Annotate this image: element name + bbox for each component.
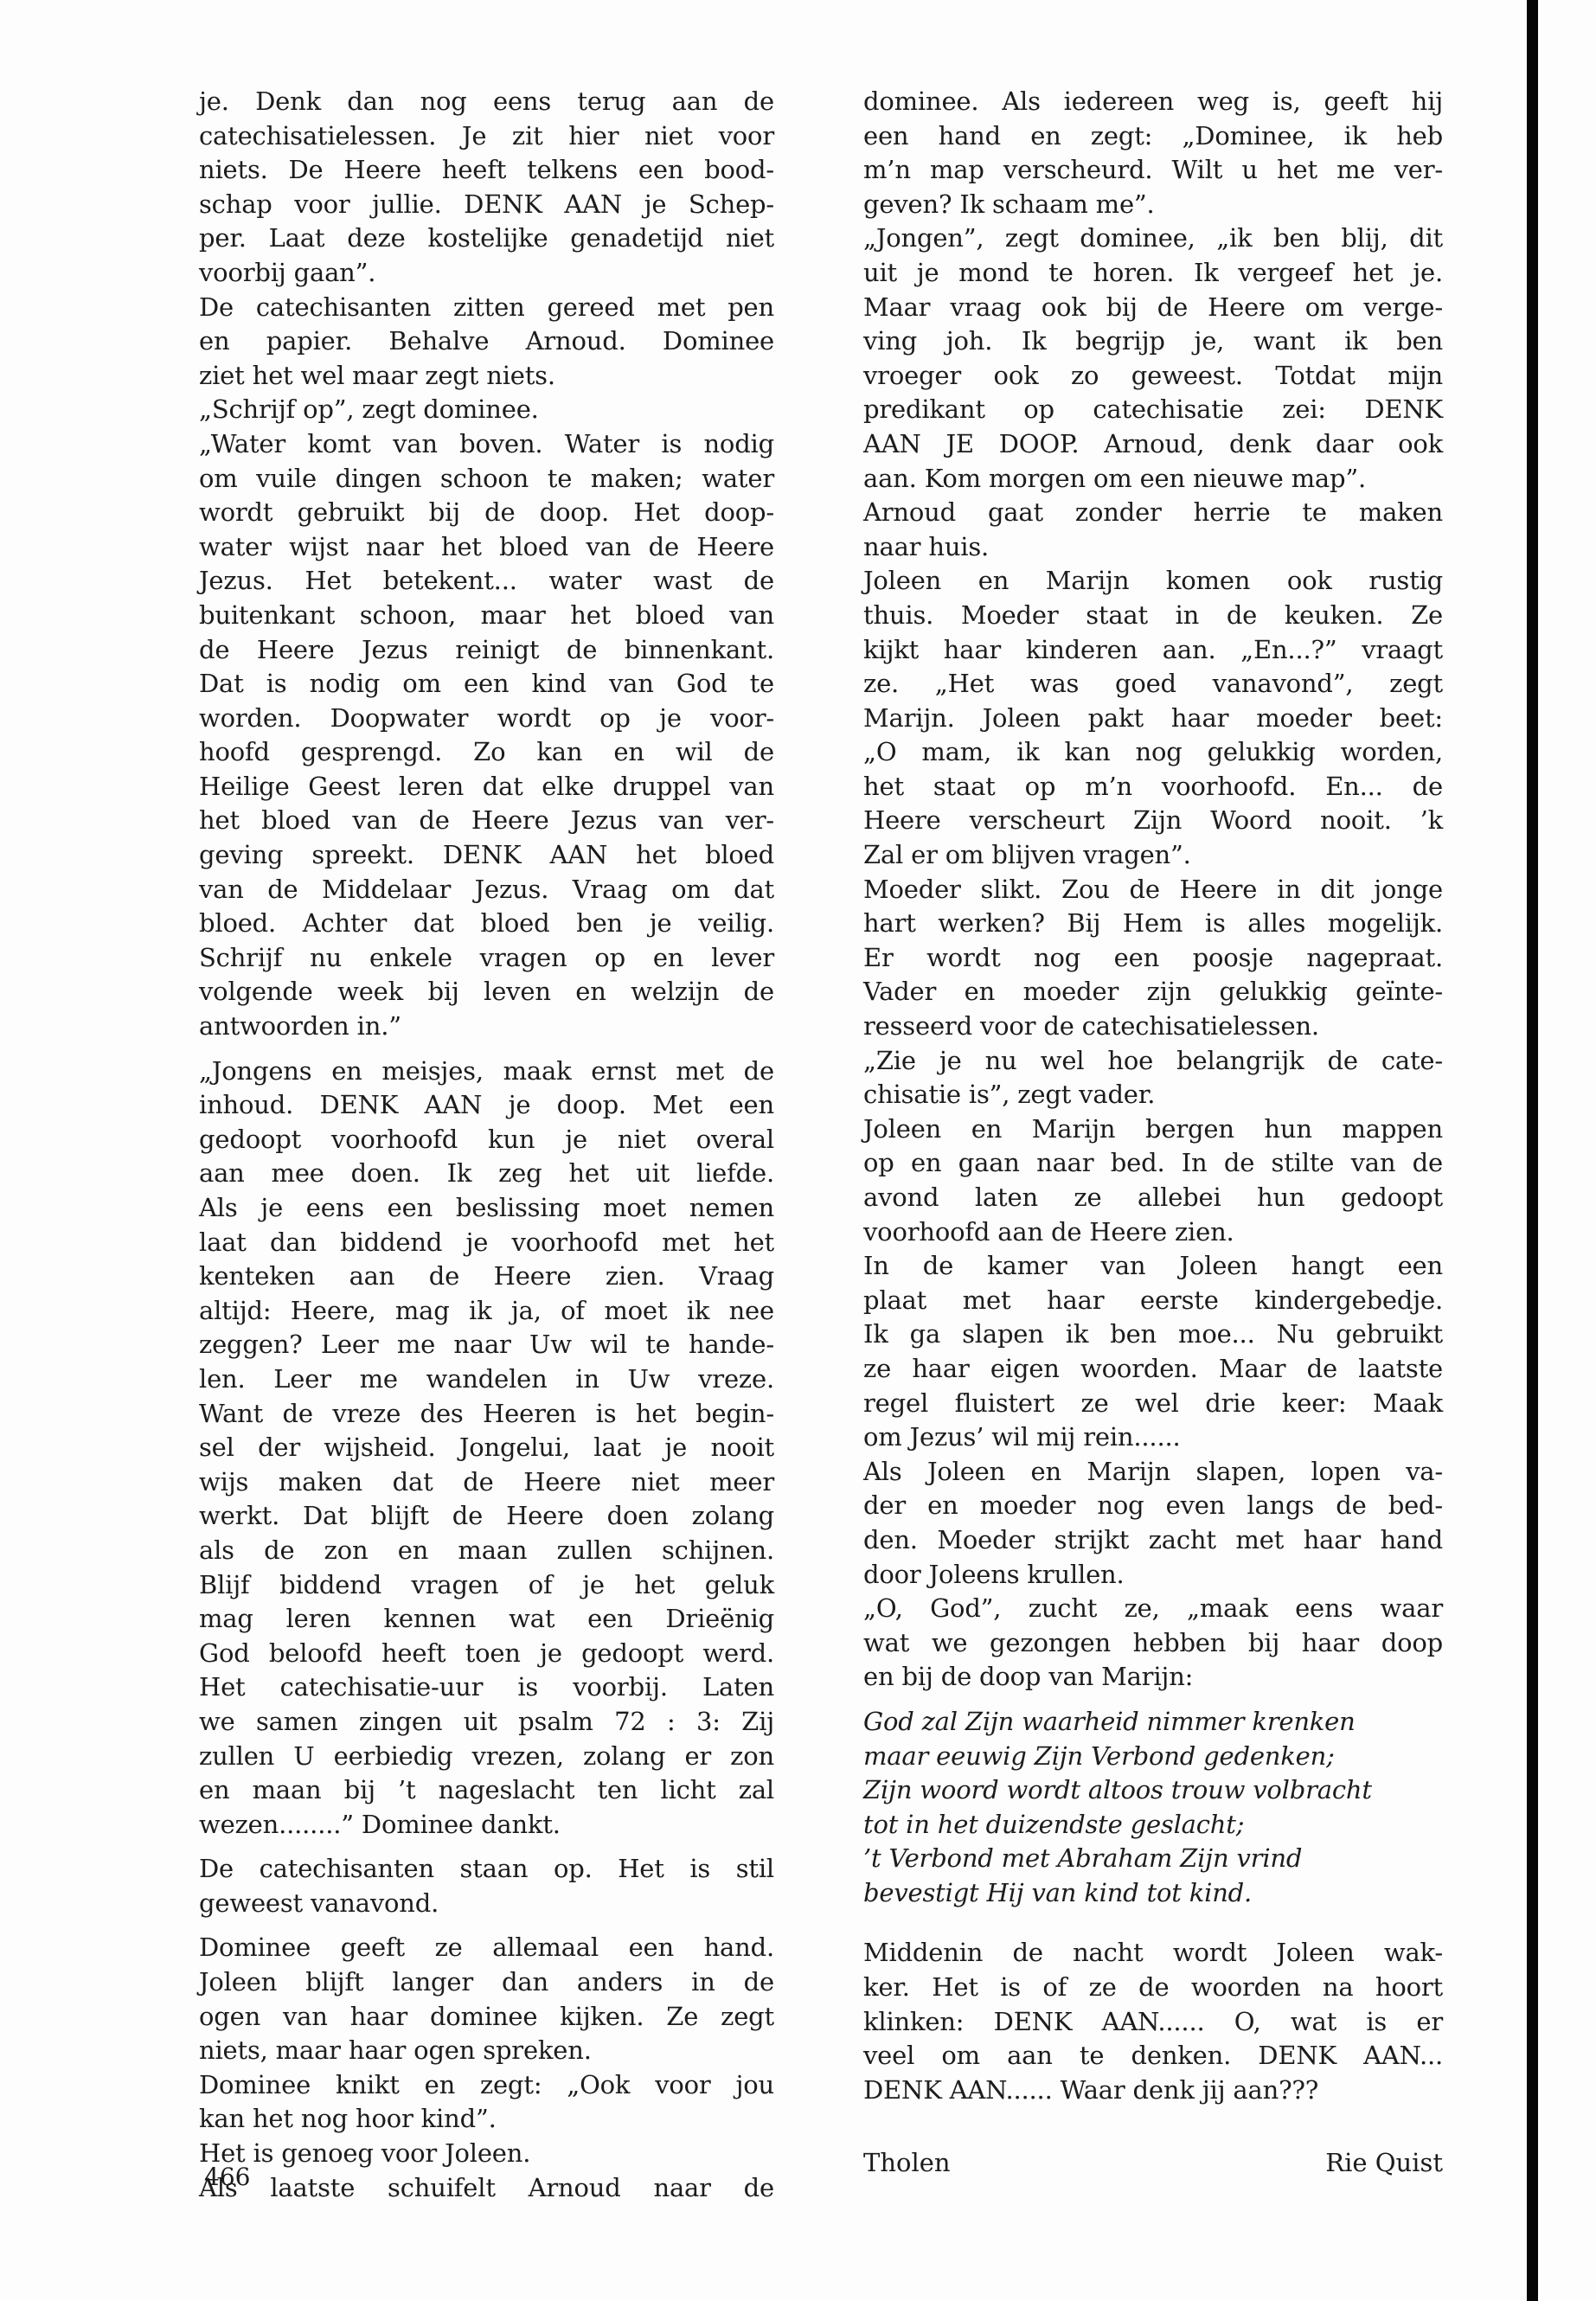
text-line: Dominee geeft ze allemaal een hand. <box>199 1931 774 1965</box>
text-line: naar huis. <box>863 530 1443 565</box>
text-line: het bloed van de Heere Jezus van ver- <box>199 804 774 838</box>
paragraph: Het is genoeg voor Joleen. <box>199 2137 774 2171</box>
right-column-body: dominee. Als iedereen weg is, geeft hije… <box>863 85 1443 2107</box>
text-line: vroeger ook zo geweest. Totdat mijn <box>863 359 1443 394</box>
text-line: ’t Verbond met Abraham Zijn vrind <box>863 1842 1443 1876</box>
text-line: Dominee knikt en zegt: „Ook voor jou <box>199 2068 774 2103</box>
text-line: predikant op catechisatie zei: DENK <box>863 393 1443 427</box>
text-line: Er wordt nog een poosje nagepraat. <box>863 941 1443 976</box>
text-line: als de zon en maan zullen schijnen. <box>199 1534 774 1568</box>
text-line: kan het nog hoor kind”. <box>199 2102 774 2137</box>
text-line: bevestigt Hij van kind tot kind. <box>863 1876 1443 1911</box>
text-line: niets. De Heere heeft telkens een bood- <box>199 153 774 188</box>
text-line: voorhoofd aan de Heere zien. <box>863 1215 1443 1250</box>
text-line: en maan bij ’t nageslacht ten licht zal <box>199 1773 774 1808</box>
page-number: 466 <box>204 2163 250 2191</box>
text-line: worden. Doopwater wordt op je voor- <box>199 702 774 736</box>
text-line: chisatie is”, zegt vader. <box>863 1078 1443 1112</box>
paragraph: Moeder slikt. Zou de Heere in dit jongeh… <box>863 873 1443 1044</box>
text-line: DENK AAN...... Waar denk jij aan??? <box>863 2073 1443 2108</box>
text-line: geweest vanavond. <box>199 1887 774 1921</box>
text-line: ogen van haar dominee kijken. Ze zegt <box>199 2000 774 2035</box>
text-line: wat we gezongen hebben bij haar doop <box>863 1626 1443 1661</box>
text-line: De catechisanten staan op. Het is stil <box>199 1852 774 1887</box>
text-line: en bij de doop van Marijn: <box>863 1660 1443 1695</box>
text-line: Dat is nodig om een kind van God te <box>199 667 774 702</box>
text-line: hoofd gesprengd. Zo kan en wil de <box>199 735 774 770</box>
text-line: Marijn. Joleen pakt haar moeder beet: <box>863 702 1443 736</box>
text-line: wijs maken dat de Heere niet meer <box>199 1465 774 1500</box>
text-line: het staat op m’n voorhoofd. En... de <box>863 770 1443 804</box>
text-line: Zijn woord wordt altoos trouw volbracht <box>863 1773 1443 1808</box>
text-line: Joleen en Marijn bergen hun mappen <box>863 1112 1443 1147</box>
text-line: Heilige Geest leren dat elke druppel van <box>199 770 774 804</box>
text-line: regel fluistert ze wel drie keer: Maak <box>863 1387 1443 1421</box>
text-line: een hand en zegt: „Dominee, ik heb <box>863 119 1443 154</box>
text-line: God beloofd heeft toen je gedoopt werd. <box>199 1637 774 1671</box>
text-line: der en moeder nog even langs de bed- <box>863 1489 1443 1523</box>
text-line: avond laten ze allebei hun gedoopt <box>863 1181 1443 1215</box>
text-line: „O mam, ik kan nog gelukkig worden, <box>863 735 1443 770</box>
text-line: veel om aan te denken. DENK AAN... <box>863 2039 1443 2073</box>
paragraph: „Jongen”, zegt dominee, „ik ben blij, di… <box>863 221 1443 496</box>
text-line: Maar vraag ook bij de Heere om verge- <box>863 291 1443 325</box>
paragraph: „O, God”, zucht ze, „maak eens waarwat w… <box>863 1592 1443 1695</box>
text-line: „Zie je nu wel hoe belangrijk de cate- <box>863 1044 1443 1079</box>
text-line: water wijst naar het bloed van de Heere <box>199 530 774 565</box>
text-line: en papier. Behalve Arnoud. Dominee <box>199 324 774 359</box>
text-line: voorbij gaan”. <box>199 256 774 291</box>
text-line: op en gaan naar bed. In de stilte van de <box>863 1146 1443 1181</box>
text-line: klinken: DENK AAN...... O, wat is er <box>863 2005 1443 2040</box>
text-line: „Jongen”, zegt dominee, „ik ben blij, di… <box>863 221 1443 256</box>
text-line: „Schrijf op”, zegt dominee. <box>199 393 774 427</box>
paragraph: „Water komt van boven. Water is nodigom … <box>199 427 774 1044</box>
text-line: door Joleens krullen. <box>863 1558 1443 1593</box>
text-line: geving spreekt. DENK AAN het bloed <box>199 838 774 873</box>
paragraph: De catechisanten zitten gereed met penen… <box>199 291 774 394</box>
text-line: mag leren kennen wat een Drieënig <box>199 1602 774 1637</box>
signature-author: Rie Quist <box>1325 2145 1443 2180</box>
left-text-column: je. Denk dan nog eens terug aan decatech… <box>199 85 774 2205</box>
text-line: Als laatste schuifelt Arnoud naar de <box>199 2171 774 2206</box>
text-line: Arnoud gaat zonder herrie te maken <box>863 496 1443 530</box>
verse-stanza: God zal Zijn waarheid nimmer krenkenmaar… <box>863 1705 1443 1911</box>
text-line: wezen........” Dominee dankt. <box>199 1808 774 1843</box>
text-line: Als Joleen en Marijn slapen, lopen va- <box>863 1455 1443 1490</box>
text-line: Vader en moeder zijn gelukkig geïnte- <box>863 975 1443 1009</box>
paragraph: Dominee geeft ze allemaal een hand.Jolee… <box>199 1931 774 2067</box>
paragraph: „Schrijf op”, zegt dominee. <box>199 393 774 427</box>
paragraph: Joleen en Marijn komen ook rustigthuis. … <box>863 564 1443 872</box>
text-line: „O, God”, zucht ze, „maak eens waar <box>863 1592 1443 1626</box>
text-line: ker. Het is of ze de woorden na hoort <box>863 1971 1443 2005</box>
text-line: gedoopt voorhoofd kun je niet overal <box>199 1123 774 1157</box>
text-line: per. Laat deze kostelijke genadetijd nie… <box>199 221 774 256</box>
text-line: om Jezus’ wil mij rein...... <box>863 1420 1443 1455</box>
text-line: Schrijf nu enkele vragen op en lever <box>199 941 774 976</box>
text-line: niets, maar haar ogen spreken. <box>199 2034 774 2068</box>
scanned-page: je. Denk dan nog eens terug aan decatech… <box>0 0 1596 2301</box>
text-line: van de Middelaar Jezus. Vraag om dat <box>199 873 774 907</box>
text-line: Het catechisatie-uur is voorbij. Laten <box>199 1670 774 1705</box>
right-text-column: dominee. Als iedereen weg is, geeft hije… <box>863 85 1443 2180</box>
text-line: Blijf biddend vragen of je het geluk <box>199 1568 774 1603</box>
paragraph: Joleen en Marijn bergen hun mappenop en … <box>863 1112 1443 1249</box>
paragraph: Als Joleen en Marijn slapen, lopen va-de… <box>863 1455 1443 1592</box>
text-line: ze. „Het was goed vanavond”, zegt <box>863 667 1443 702</box>
text-line: „Water komt van boven. Water is nodig <box>199 427 774 462</box>
text-line: Zal er om blijven vragen”. <box>863 838 1443 873</box>
text-line: Het is genoeg voor Joleen. <box>199 2137 774 2171</box>
text-line: Joleen en Marijn komen ook rustig <box>863 564 1443 599</box>
text-line: werkt. Dat blijft de Heere doen zolang <box>199 1499 774 1534</box>
text-line: je. Denk dan nog eens terug aan de <box>199 85 774 119</box>
paragraph: Als laatste schuifelt Arnoud naar de <box>199 2171 774 2206</box>
text-line: AAN JE DOOP. Arnoud, denk daar ook <box>863 427 1443 462</box>
paragraph: Middenin de nacht wordt Joleen wak-ker. … <box>863 1936 1443 2107</box>
text-line: schap voor jullie. DENK AAN je Schep- <box>199 188 774 222</box>
text-line: thuis. Moeder staat in de keuken. Ze <box>863 599 1443 633</box>
text-line: maar eeuwig Zijn Verbond gedenken; <box>863 1740 1443 1774</box>
paragraph: In de kamer van Joleen hangt eenplaat me… <box>863 1249 1443 1455</box>
paragraph: „Jongens en meisjes, maak ernst met dein… <box>199 1054 774 1843</box>
text-line: hart werken? Bij Hem is alles mogelijk. <box>863 907 1443 941</box>
text-line: De catechisanten zitten gereed met pen <box>199 291 774 325</box>
text-line: den. Moeder strijkt zacht met haar hand <box>863 1523 1443 1558</box>
text-line: wordt gebruikt bij de doop. Het doop- <box>199 496 774 530</box>
text-line: sel der wijsheid. Jongelui, laat je nooi… <box>199 1431 774 1465</box>
text-line: kenteken aan de Heere zien. Vraag <box>199 1259 774 1294</box>
text-line: volgende week bij leven en welzijn de <box>199 975 774 1009</box>
text-line: dominee. Als iedereen weg is, geeft hij <box>863 85 1443 119</box>
text-line: buitenkant schoon, maar het bloed van <box>199 599 774 633</box>
text-line: ving joh. Ik begrijp je, want ik ben <box>863 324 1443 359</box>
text-line: bloed. Achter dat bloed ben je veilig. <box>199 907 774 941</box>
text-line: Jezus. Het betekent... water wast de <box>199 564 774 599</box>
text-line: we samen zingen uit psalm 72 : 3: Zij <box>199 1705 774 1740</box>
paragraph: je. Denk dan nog eens terug aan decatech… <box>199 85 774 291</box>
paragraph: „Zie je nu wel hoe belangrijk de cate-ch… <box>863 1044 1443 1112</box>
text-line: Heere verscheurt Zijn Woord nooit. ’k <box>863 804 1443 838</box>
paragraph: dominee. Als iedereen weg is, geeft hije… <box>863 85 1443 221</box>
text-line: zeggen? Leer me naar Uw wil te hande- <box>199 1328 774 1362</box>
text-line: geven? Ik schaam me”. <box>863 188 1443 222</box>
text-line: altijd: Heere, mag ik ja, of moet ik nee <box>199 1294 774 1329</box>
text-line: antwoorden in.” <box>199 1009 774 1044</box>
text-line: m’n map verscheurd. Wilt u het me ver- <box>863 153 1443 188</box>
text-line: aan mee doen. Ik zeg het uit liefde. <box>199 1157 774 1191</box>
text-line: Middenin de nacht wordt Joleen wak- <box>863 1936 1443 1971</box>
paragraph: Dominee knikt en zegt: „Ook voor joukan … <box>199 2068 774 2137</box>
signature-line: Tholen Rie Quist <box>863 2145 1443 2180</box>
text-line: „Jongens en meisjes, maak ernst met de <box>199 1054 774 1089</box>
text-line: aan. Kom morgen om een nieuwe map”. <box>863 462 1443 497</box>
text-line: de Heere Jezus reinigt de binnenkant. <box>199 633 774 668</box>
text-line: Ik ga slapen ik ben moe... Nu gebruikt <box>863 1317 1443 1352</box>
text-line: tot in het duizendste geslacht; <box>863 1808 1443 1843</box>
text-line: Moeder slikt. Zou de Heere in dit jonge <box>863 873 1443 907</box>
text-line: inhoud. DENK AAN je doop. Met een <box>199 1088 774 1123</box>
text-line: resseerd voor de catechisatielessen. <box>863 1009 1443 1044</box>
text-line: kijkt haar kinderen aan. „En...?” vraagt <box>863 633 1443 668</box>
text-line: om vuile dingen schoon te maken; water <box>199 462 774 497</box>
text-line: ziet het wel maar zegt niets. <box>199 359 774 394</box>
text-line: Joleen blijft langer dan anders in de <box>199 1965 774 2000</box>
text-line: catechisatielessen. Je zit hier niet voo… <box>199 119 774 154</box>
text-line: zullen U eerbiedig vrezen, zolang er zon <box>199 1740 774 1774</box>
text-line: len. Leer me wandelen in Uw vreze. <box>199 1362 774 1397</box>
text-line: Want de vreze des Heeren is het begin- <box>199 1397 774 1432</box>
text-line: Als je eens een beslissing moet nemen <box>199 1191 774 1226</box>
text-line: uit je mond te horen. Ik vergeef het je. <box>863 256 1443 291</box>
scan-edge-bar <box>1527 0 1538 2301</box>
text-line: God zal Zijn waarheid nimmer krenken <box>863 1705 1443 1740</box>
text-line: ze haar eigen woorden. Maar de laatste <box>863 1352 1443 1387</box>
text-line: plaat met haar eerste kindergebedje. <box>863 1284 1443 1318</box>
text-line: In de kamer van Joleen hangt een <box>863 1249 1443 1284</box>
text-line: laat dan biddend je voorhoofd met het <box>199 1226 774 1260</box>
signature-place: Tholen <box>863 2145 951 2180</box>
paragraph: Arnoud gaat zonder herrie te makennaar h… <box>863 496 1443 564</box>
paragraph: De catechisanten staan op. Het is stilge… <box>199 1852 774 1920</box>
